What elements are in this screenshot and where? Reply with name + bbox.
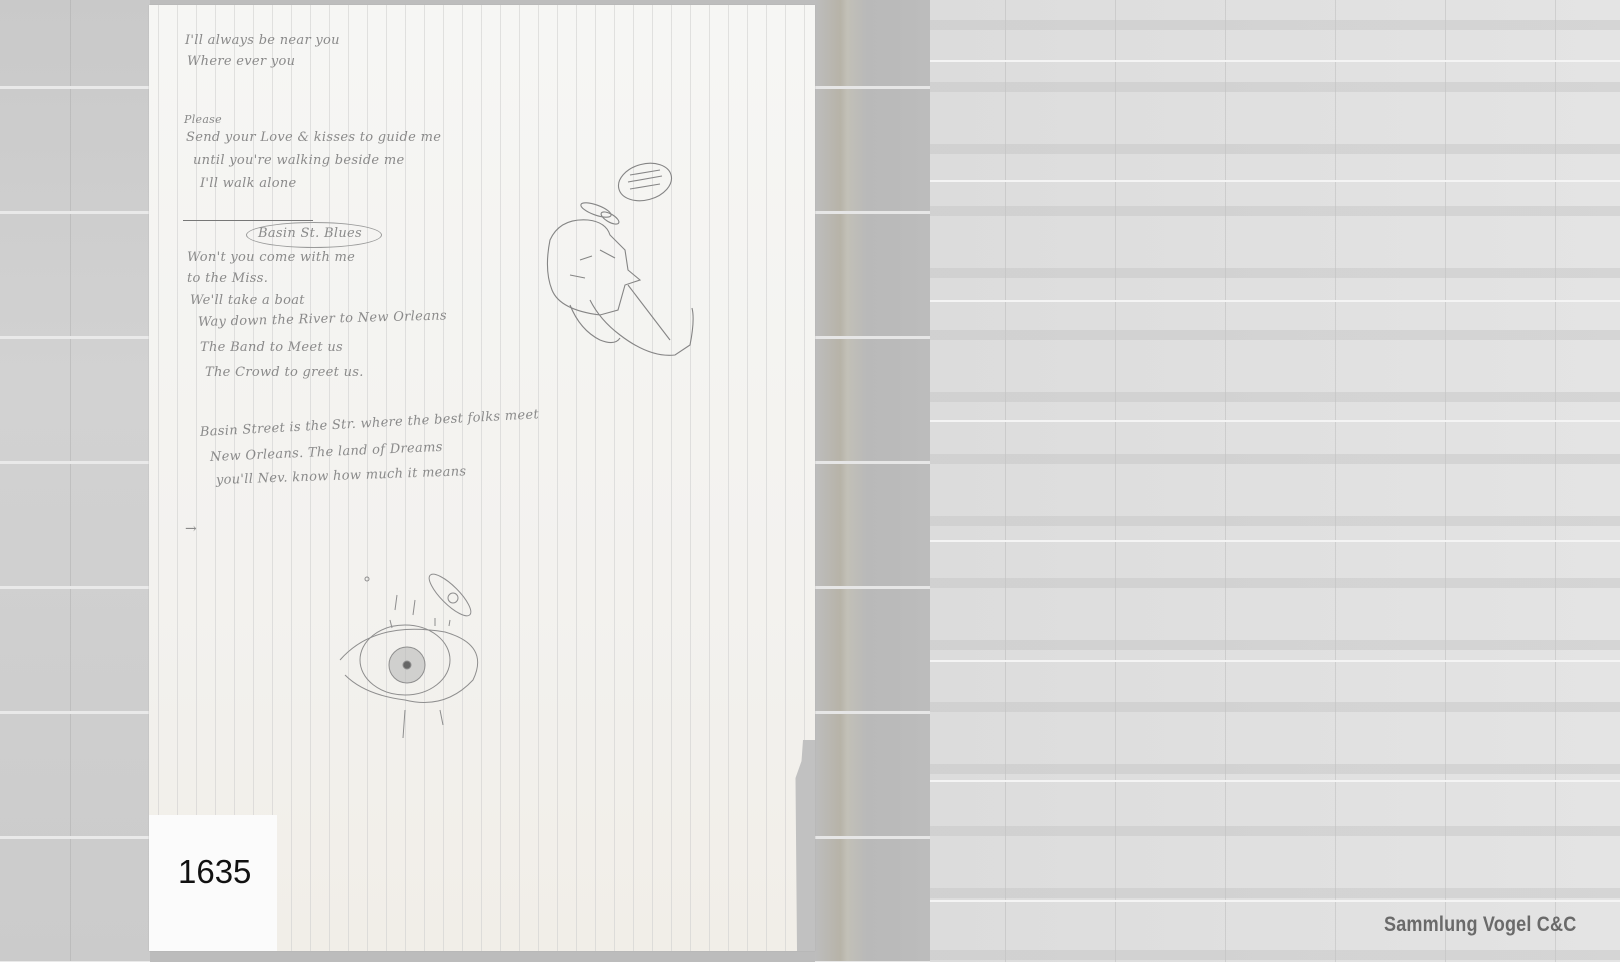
arrow-icon: → — [185, 521, 197, 537]
eye-sketch — [335, 560, 495, 740]
lyric-line: Where ever you — [187, 54, 295, 69]
collection-watermark: Sammlung Vogel C&C — [1384, 913, 1576, 937]
lyric-line: to the Miss. — [187, 271, 268, 286]
lyric-line: I'll always be near you — [185, 33, 340, 48]
scanner-background-right — [930, 0, 1620, 962]
face-figure-sketch — [540, 160, 720, 380]
lyric-line: The Crowd to greet us. — [205, 365, 364, 380]
scanner-background-bottom — [150, 950, 815, 962]
divider-line — [183, 220, 313, 221]
lyric-line: I'll walk alone — [200, 176, 297, 191]
item-number: 1635 — [178, 853, 251, 891]
scanner-background-middle — [815, 0, 930, 962]
lyric-line: Send your Love & kisses to guide me — [186, 130, 441, 145]
song-title: Basin St. Blues — [258, 226, 362, 241]
lyric-line: until you're walking beside me — [193, 153, 404, 168]
scanner-background-left — [0, 0, 150, 962]
lyric-line: We'll take a boat — [190, 293, 305, 308]
lyric-line: Please — [184, 113, 222, 126]
lyric-line: The Band to Meet us — [200, 340, 343, 355]
lyric-line: Won't you come with me — [187, 250, 355, 265]
